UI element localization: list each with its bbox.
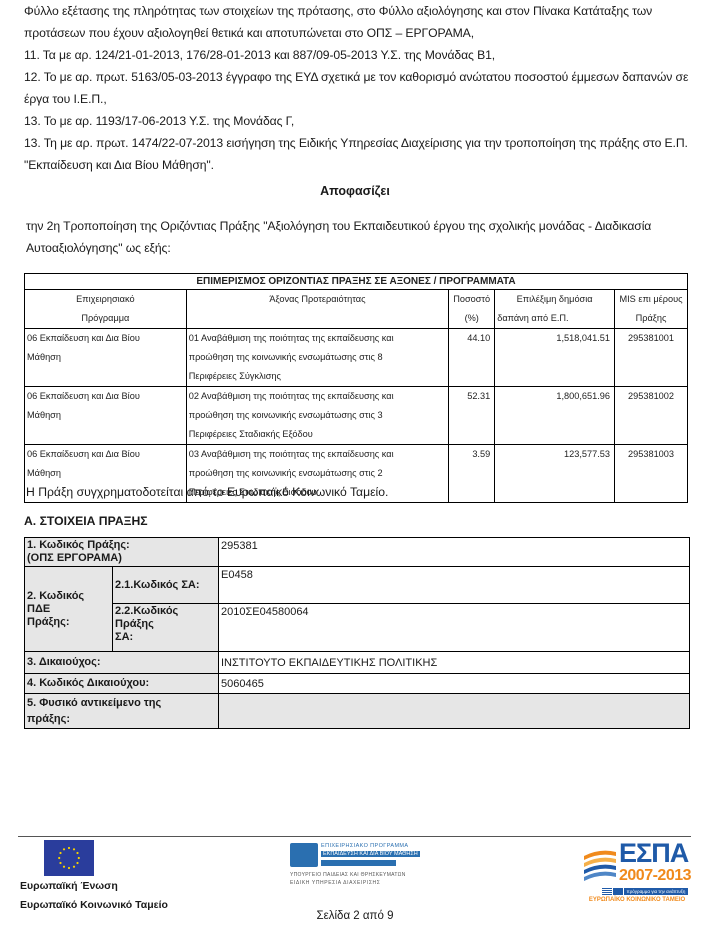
paragraph-item-13b: 13. Τη με αρ. πρωτ. 1474/22-07-2013 εισή… (24, 132, 708, 176)
cofunding-text: Η Πράξη συγχρηματοδοτείται από το Ευρωπα… (26, 485, 388, 499)
cell-axis: 01 Αναβάθμιση της ποιότητας της εκπαίδευ… (186, 329, 448, 387)
cell-program: 06 Εκπαίδευση και Δια ΒίουΜάθηση (25, 329, 187, 387)
eu-flag-icon (44, 840, 94, 876)
ep-logo-line-5: ΕΙΔΙΚΗ ΥΠΗΡΕΣΙΑ ΔΙΑΧΕΙΡΙΣΗΣ (290, 880, 380, 886)
sa-code-label: 2.1.Κωδικός ΣΑ: (113, 567, 219, 604)
cell-eligible: 1,800,651.96 (495, 387, 615, 445)
physical-object-label: 5. Φυσικό αντικείμενο τηςπράξης: (25, 694, 219, 729)
ep-logo-line-2: ΕΚΠΑΙΔΕΥΣΗ ΚΑΙ ΔΙΑ ΒΙΟΥ ΜΑΘΗΣΗ (321, 851, 420, 857)
header-mis: MIS επι μέρουςΠράξης (615, 290, 688, 329)
ep-logo-line-1: ΕΠΙΧΕΙΡΗΣΙΑΚΟ ΠΡΟΓΡΑΜΜΑ (321, 843, 408, 849)
espa-years: 2007-2013 (619, 867, 691, 885)
ep-logo-line-4: ΥΠΟΥΡΓΕΙΟ ΠΑΙΔΕΙΑΣ ΚΑΙ ΘΡΗΣΚΕΥΜΑΤΩΝ (290, 872, 406, 878)
allocation-table-header: ΕπιχειρησιακόΠρόγραμμα Άξονας Προτεραιότ… (25, 290, 688, 329)
cell-percent: 3.59 (449, 445, 495, 503)
sa-project-code-value: 2010ΣΕ04580064 (219, 604, 690, 652)
footer-divider (18, 836, 691, 837)
project-code-value: 295381 (219, 538, 690, 567)
cell-percent: 52.31 (449, 387, 495, 445)
decision-heading: Αποφασίζει (0, 184, 710, 198)
section-a-title: Α. ΣΤΟΙΧΕΙΑ ΠΡΑΞΗΣ (24, 514, 148, 528)
beneficiary-code-label: 4. Κωδικός Δικαιούχου: (25, 674, 219, 694)
paragraph-item-13a: 13. Το με αρ. 1193/17-06-2013 Υ.Σ. της Μ… (24, 110, 708, 132)
espa-tagline: πρόγραμμα για την ανάπτυξη (624, 888, 688, 895)
project-details-table: 1. Κωδικός Πράξης:(ΟΠΣ ΕΡΓΟΡΑΜΑ) 295381 … (24, 537, 690, 729)
book-icon (290, 843, 318, 867)
paragraph-item-12: 12. Το με αρ. πρωτ. 5163/05-03-2013 έγγρ… (24, 66, 708, 110)
cell-axis: 02 Αναβάθμιση της ποιότητας της εκπαίδευ… (186, 387, 448, 445)
sa-code-value: Ε0458 (219, 567, 690, 604)
beneficiary-code-value: 5060465 (219, 674, 690, 694)
ep-logo-band (321, 860, 396, 866)
cell-mis: 295381002 (615, 387, 688, 445)
espa-waves-icon (582, 844, 618, 888)
sa-project-code-label: 2.2.Κωδικός ΠράξηςΣΑ: (113, 604, 219, 652)
decision-text: την 2η Τροποποίηση της Οριζόντιας Πράξης… (26, 215, 696, 259)
header-program: ΕπιχειρησιακόΠρόγραμμα (25, 290, 187, 329)
cell-eligible: 123,577.53 (495, 445, 615, 503)
espa-word: ΕΣΠΑ (619, 838, 688, 869)
cell-eligible: 1,518,041.51 (495, 329, 615, 387)
eu-union-label: Ευρωπαϊκή Ένωση (20, 877, 168, 896)
paragraph-evaluation-sheet: Φύλλο εξέτασης της πληρότητας των στοιχε… (24, 0, 708, 44)
page-number: Σελίδα 2 από 9 (0, 910, 710, 922)
allocation-table-title: ΕΠΙΜΕΡΙΣΜΟΣ ΟΡΙΖΟΝΤΙΑΣ ΠΡΑΞΗΣ ΣΕ ΑΞΟΝΕΣ … (25, 274, 688, 290)
beneficiary-label: 3. Δικαιούχος: (25, 652, 219, 674)
header-eligible: Επιλέξιμη δημόσιαδαπάνη από Ε.Π. (495, 290, 615, 329)
table-row: 06 Εκπαίδευση και Δια ΒίουΜάθηση 02 Αναβ… (25, 387, 688, 445)
cell-mis: 295381003 (615, 445, 688, 503)
allocation-table: ΕΠΙΜΕΡΙΣΜΟΣ ΟΡΙΖΟΝΤΙΑΣ ΠΡΑΞΗΣ ΣΕ ΑΞΟΝΕΣ … (24, 273, 688, 503)
header-percent: Ποσοστό(%) (449, 290, 495, 329)
cell-mis: 295381001 (615, 329, 688, 387)
paragraph-item-11: 11. Τα με αρ. 124/21-01-2013, 176/28-01-… (24, 44, 708, 66)
espa-fund-label: ΕΥΡΩΠΑΪΚΟ ΚΟΙΝΩΝΙΚΟ ΤΑΜΕΙΟ (582, 897, 692, 903)
pde-code-label: 2. Κωδικός ΠΔΕΠράξης: (25, 567, 113, 652)
espa-logo: ΕΣΠΑ 2007-2013 πρόγραμμα για την ανάπτυξ… (582, 840, 692, 904)
project-code-label: 1. Κωδικός Πράξης:(ΟΠΣ ΕΡΓΟΡΑΜΑ) (25, 538, 219, 567)
physical-object-value (219, 694, 690, 729)
header-axis: Άξονας Προτεραιότητας (186, 290, 448, 329)
beneficiary-value: ΙΝΣΤΙΤΟΥΤΟ ΕΚΠΑΙΔΕΥΤΙΚΗΣ ΠΟΛΙΤΙΚΗΣ (219, 652, 690, 674)
greek-flag-icon (602, 888, 612, 895)
table-row: 06 Εκπαίδευση και Δια ΒίουΜάθηση 01 Αναβ… (25, 329, 688, 387)
operational-programme-logo: ΕΠΙΧΕΙΡΗΣΙΑΚΟ ΠΡΟΓΡΑΜΜΑ ΕΚΠΑΙΔΕΥΣΗ ΚΑΙ Δ… (290, 843, 400, 889)
cell-program: 06 Εκπαίδευση και Δια ΒίουΜάθηση (25, 387, 187, 445)
eu-flag-small-icon (613, 888, 623, 895)
cell-percent: 44.10 (449, 329, 495, 387)
